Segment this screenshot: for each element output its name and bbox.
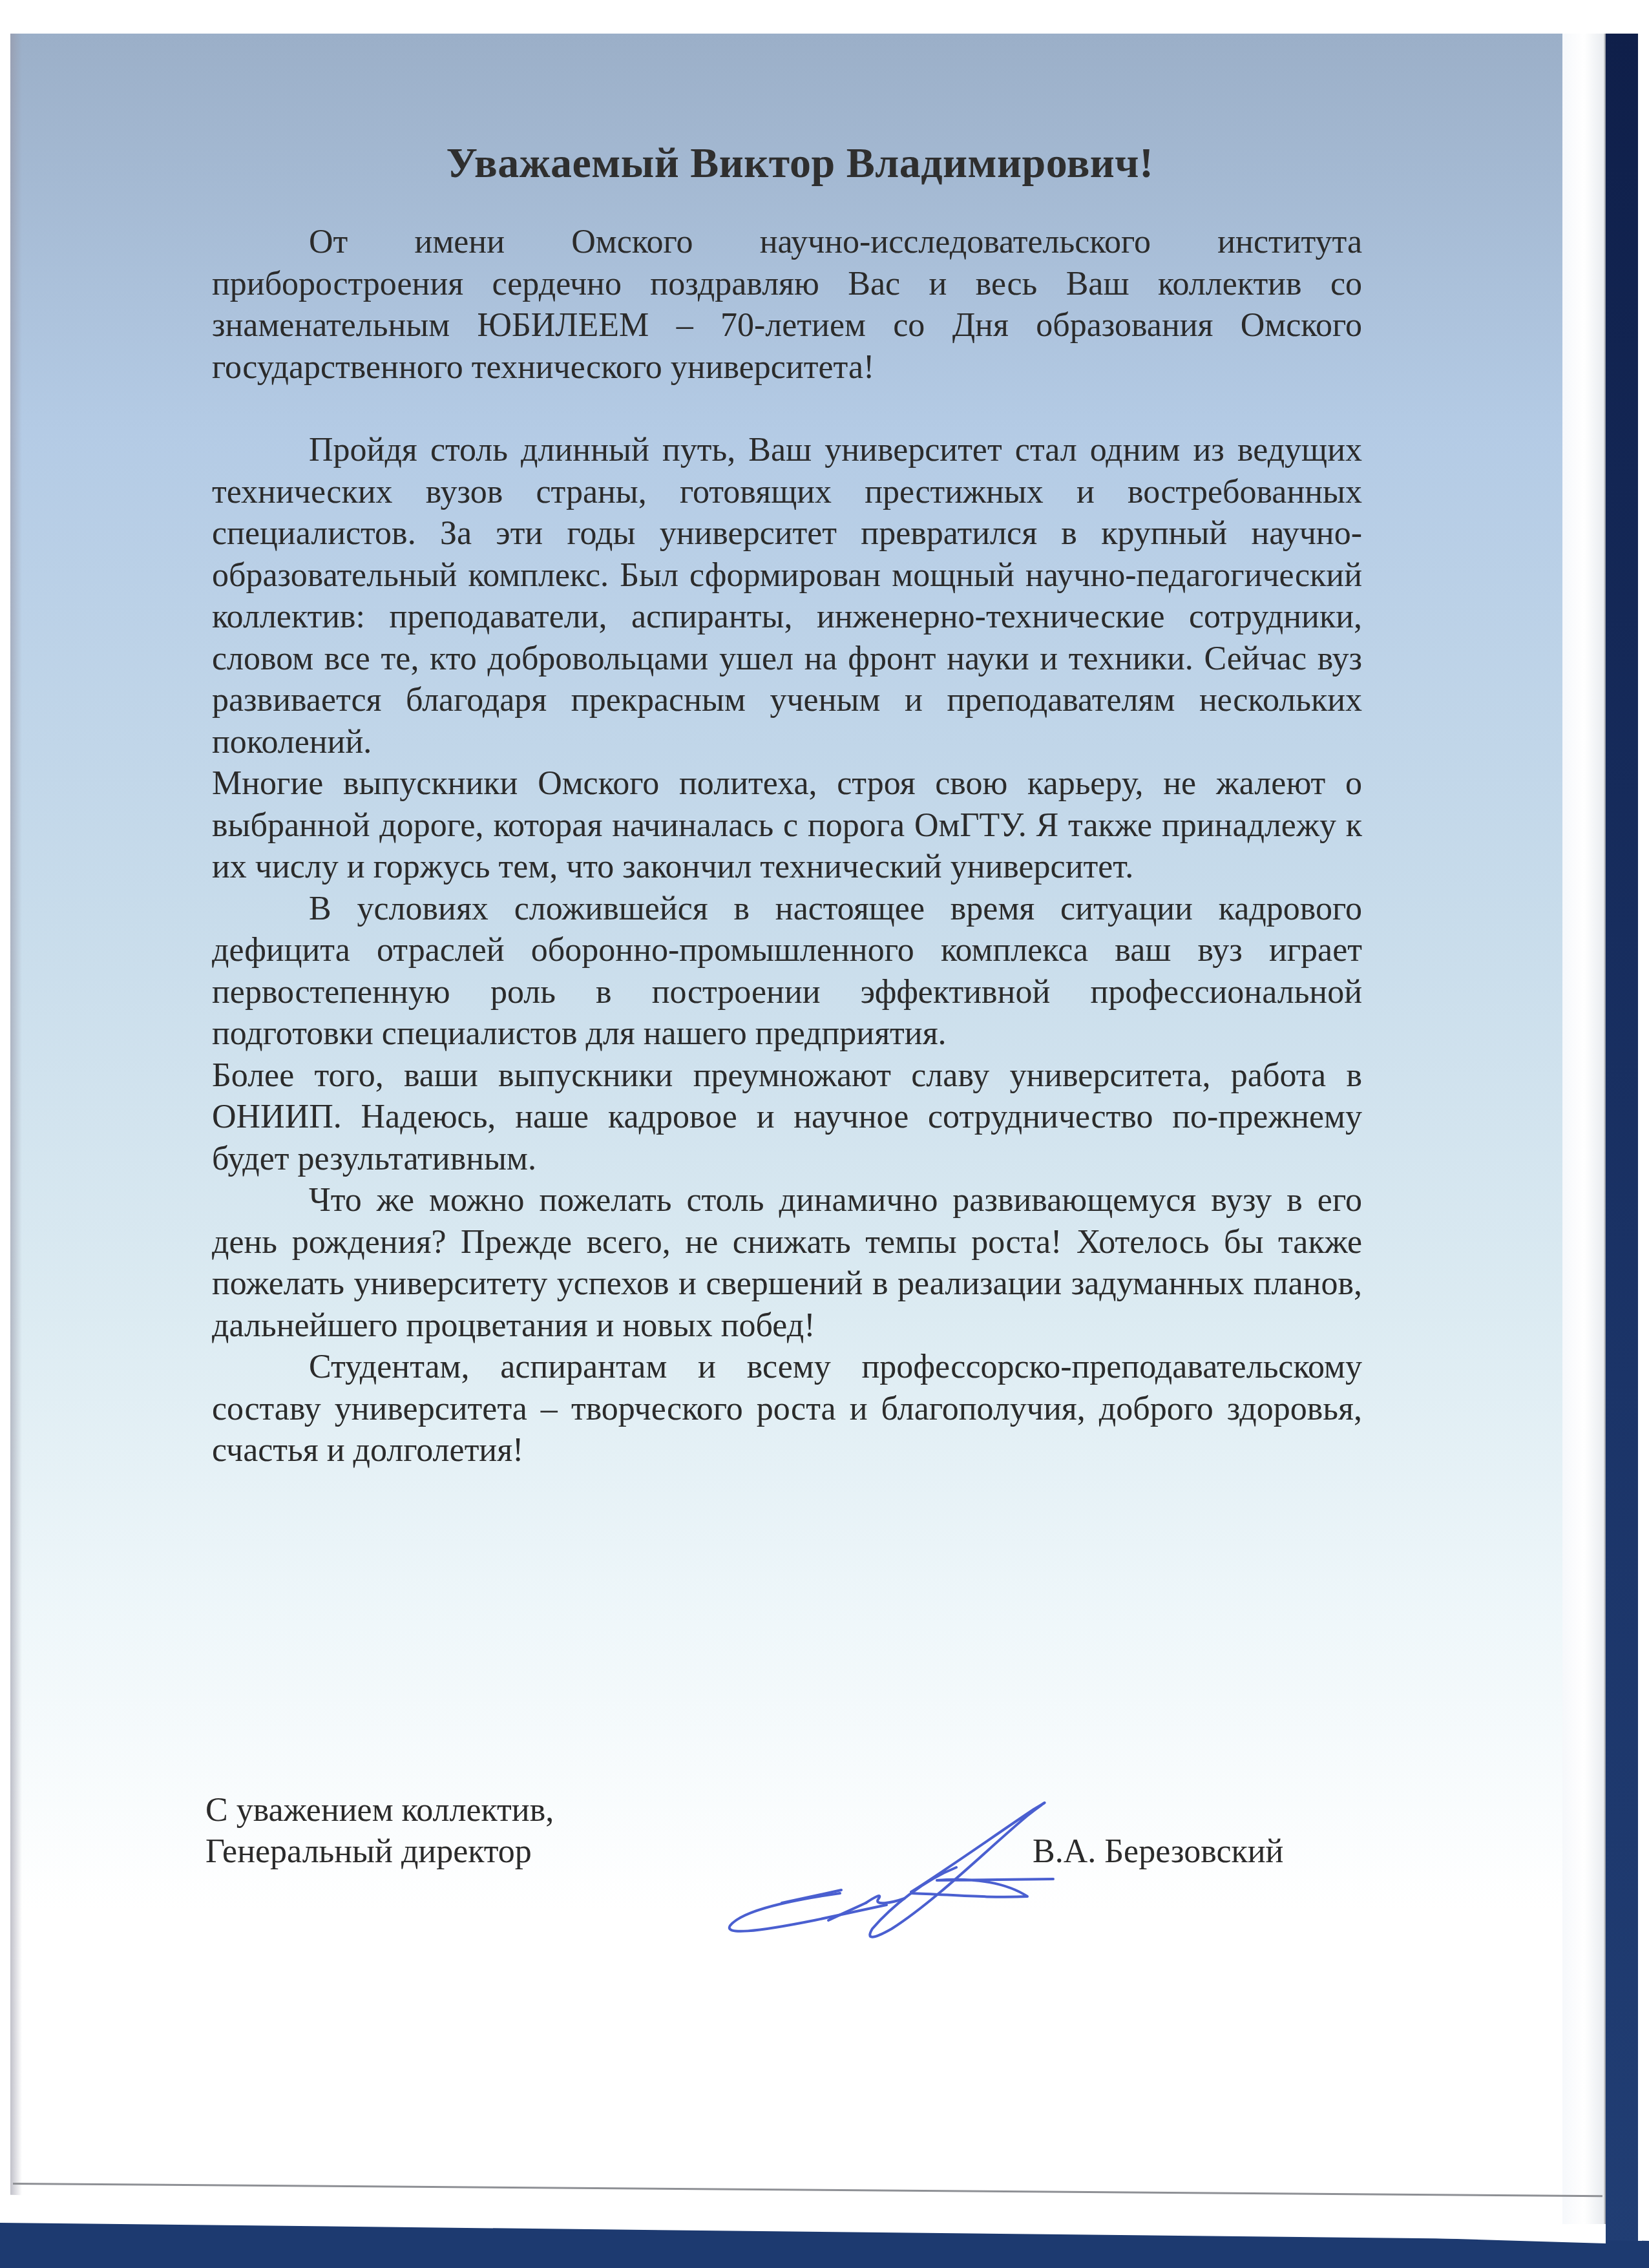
paragraph-graduates: Многие выпускники Омского политеха, стро…	[212, 763, 1362, 888]
signer-name: В.А. Березовский	[1033, 1831, 1283, 1873]
paragraph-congratulation: От имени Омского научно-исследовательско…	[212, 222, 1362, 388]
letter-body: Уважаемый Виктор Владимирович! От имени …	[212, 139, 1362, 1472]
salutation: Уважаемый Виктор Владимирович!	[212, 139, 1362, 188]
navy-backing-right	[1606, 34, 1638, 2268]
paragraph-students: Студентам, аспирантам и всему профессорс…	[212, 1347, 1362, 1472]
closing-position: Генеральный директор	[205, 1831, 554, 1873]
closing-regards: С уважением коллектив,	[205, 1790, 554, 1831]
closing-block: С уважением коллектив, Генеральный дирек…	[205, 1790, 554, 1873]
page-edge-strip	[1562, 34, 1606, 2224]
paragraph-wishes: Что же можно пожелать столь динамично ра…	[212, 1180, 1362, 1347]
paragraph-gap	[212, 388, 1362, 430]
scanned-page: Уважаемый Виктор Владимирович! От имени …	[0, 0, 1649, 2268]
paragraph-staffing: В условиях сложившейся в настоящее время…	[212, 888, 1362, 1055]
paragraph-cooperation: Более того, ваши выпускники преумножают …	[212, 1055, 1362, 1181]
paragraph-university-path: Пройдя столь длинный путь, Ваш университ…	[212, 430, 1362, 763]
